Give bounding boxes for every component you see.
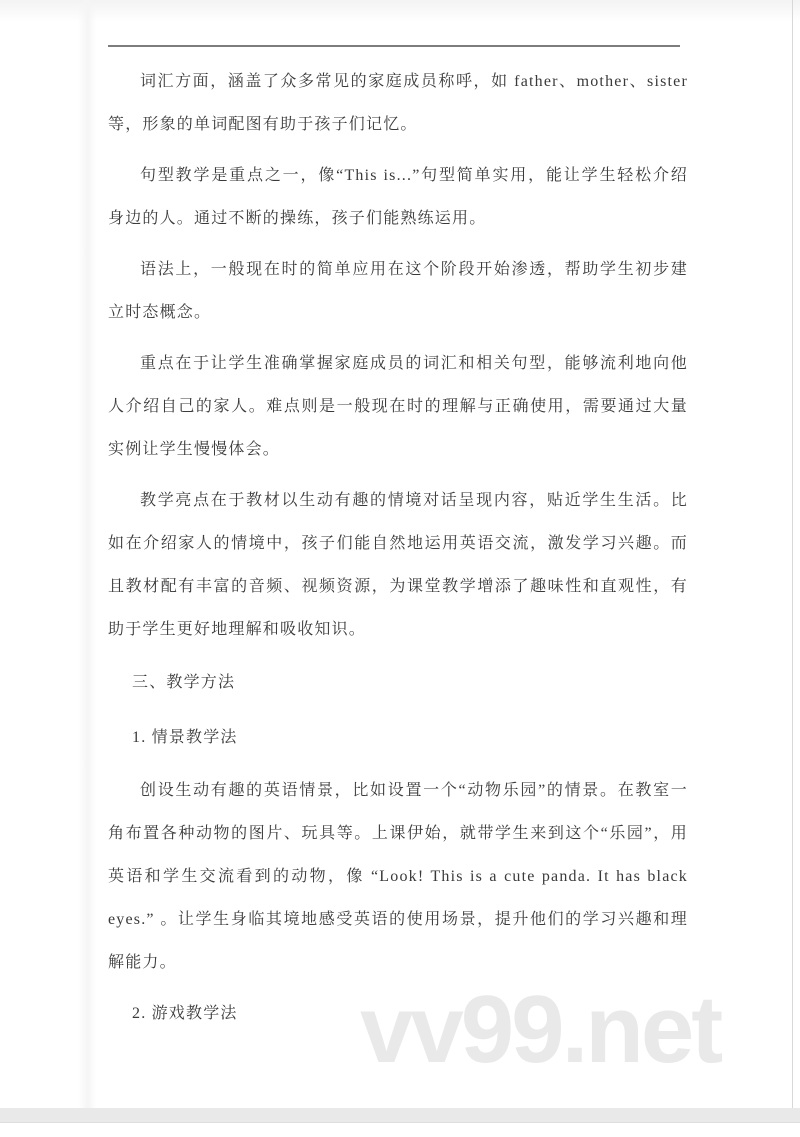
- document-content: 词汇方面，涵盖了众多常见的家庭成员称呼，如 father、mother、sist…: [108, 60, 688, 1045]
- paragraph-situational-teaching: 创设生动有趣的英语情景，比如设置一个“动物乐园”的情景。在教室一角布置各种动物的…: [108, 769, 688, 984]
- paragraph-key-difficult-points: 重点在于让学生准确掌握家庭成员的词汇和相关句型，能够流利地向他人介绍自己的家人。…: [108, 342, 688, 471]
- page-right-edge-line: [792, 0, 793, 1108]
- horizontal-divider: [108, 45, 680, 47]
- document-page: vv99.net 词汇方面，涵盖了众多常见的家庭成员称呼，如 father、mo…: [0, 0, 800, 1137]
- paragraph-vocabulary: 词汇方面，涵盖了众多常见的家庭成员称呼，如 father、mother、sist…: [108, 60, 688, 146]
- subheading-situational-teaching: 1. 情景教学法: [108, 716, 688, 759]
- section-heading-teaching-methods: 三、教学方法: [108, 661, 688, 704]
- paragraph-teaching-highlights: 教学亮点在于教材以生动有趣的情境对话呈现内容，贴近学生生活。比如在介绍家人的情境…: [108, 479, 688, 651]
- paragraph-grammar: 语法上，一般现在时的简单应用在这个阶段开始渗透，帮助学生初步建立时态概念。: [108, 248, 688, 334]
- page-bottom-edge-band: [0, 1108, 800, 1123]
- paragraph-sentence-patterns: 句型教学是重点之一，像“This is...”句型简单实用，能让学生轻松介绍身边…: [108, 154, 688, 240]
- page-top-shadow: [0, 0, 800, 22]
- subheading-game-teaching: 2. 游戏教学法: [108, 992, 688, 1035]
- page-left-shadow: [78, 0, 96, 1108]
